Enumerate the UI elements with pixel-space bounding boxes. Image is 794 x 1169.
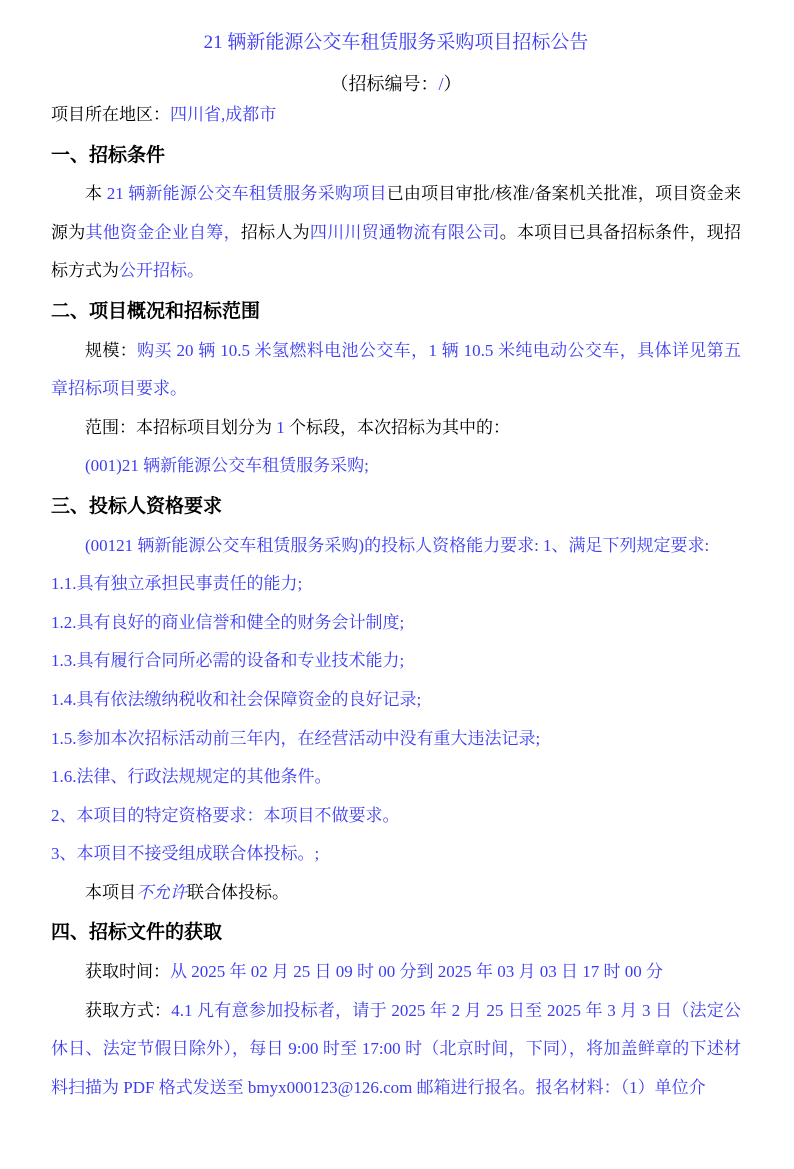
- project-scope-line: 范围：本招标项目划分为 1 个标段，本次招标为其中的：: [51, 409, 741, 448]
- qualification-item-text: 1.6.法律、行政法规规定的其他条件。: [51, 767, 332, 786]
- project-location-line: 项目所在地区：四川省,成都市: [51, 96, 741, 135]
- section-heading-document-acquisition: 四、招标文件的获取: [51, 914, 741, 953]
- qualification-item-text: 1.3.具有履行合同所必需的设备和专业技术能力;: [51, 651, 404, 670]
- tender-number-prefix: （招标编号：: [330, 74, 438, 94]
- qualification-item: 1.6.法律、行政法规规定的其他条件。: [51, 758, 741, 797]
- scale-label: 规模：: [85, 341, 137, 360]
- project-location-label: 项目所在地区：: [51, 105, 170, 124]
- lot-value: (001)21 辆新能源公交车租赁服务采购;: [85, 456, 369, 475]
- text-segment: 个标段，本次招标为其中的：: [285, 418, 510, 437]
- qualification-item-text: 1.2.具有良好的商业信誉和健全的财务会计制度;: [51, 613, 404, 632]
- section-heading-tender-conditions: 一、招标条件: [51, 137, 741, 176]
- qualification-item: 1.1.具有独立承担民事责任的能力;: [51, 565, 741, 604]
- acquisition-method-line: 获取方式：4.1 凡有意参加投标者，请于 2025 年 2 月 25 日至 20…: [51, 992, 741, 1108]
- lot-line: (001)21 辆新能源公交车租赁服务采购;: [51, 447, 741, 486]
- tender-conditions-paragraph: 本 21 辆新能源公交车租赁服务采购项目已由项目审批/核准/备案机关批准，项目资…: [51, 175, 741, 291]
- qualification-item-text: 1.4.具有依法缴纳税收和社会保障资金的良好记录;: [51, 690, 421, 709]
- acquisition-time-line: 获取时间：从 2025 年 02 月 25 日 09 时 00 分到 2025 …: [51, 953, 741, 992]
- tender-method-value: 公开招标。: [119, 261, 204, 280]
- tender-number-suffix: ）: [444, 74, 462, 94]
- tender-number-line: （招标编号：/）: [51, 72, 741, 96]
- qualification-item-text: 2、本项目的特定资格要求：本项目不做要求。: [51, 806, 400, 825]
- joint-venture-line: 本项目不允许联合体投标。: [51, 874, 741, 913]
- doc-title: 21 辆新能源公交车租赁服务采购项目招标公告: [51, 30, 741, 56]
- joint-venture-not-allowed-value: 不允许: [136, 883, 187, 902]
- text-segment: 本: [85, 184, 107, 203]
- qualification-item: 2、本项目的特定资格要求：本项目不做要求。: [51, 797, 741, 836]
- lot-count-value: 1: [276, 418, 285, 437]
- document-page: 21 辆新能源公交车租赁服务采购项目招标公告 （招标编号：/） 项目所在地区：四…: [0, 0, 794, 1169]
- text-segment: 本项目: [85, 883, 136, 902]
- text-segment: 联合体投标。: [187, 883, 289, 902]
- tenderer-name-value: 四川川贸通物流有限公司: [310, 223, 500, 242]
- text-segment: 招标人为: [241, 223, 310, 242]
- qualification-intro-line: (00121 辆新能源公交车租赁服务采购)的投标人资格能力要求: 1、满足下列规…: [51, 527, 741, 566]
- qualification-item: 1.5.参加本次招标活动前三年内，在经营活动中没有重大违法记录;: [51, 720, 741, 759]
- acquisition-time-label: 获取时间：: [85, 962, 170, 981]
- qualification-item: 1.4.具有依法缴纳税收和社会保障资金的良好记录;: [51, 681, 741, 720]
- qualification-item-text: 1.5.参加本次招标活动前三年内，在经营活动中没有重大违法记录;: [51, 729, 540, 748]
- qualification-item: 1.2.具有良好的商业信誉和健全的财务会计制度;: [51, 604, 741, 643]
- text-segment: 范围：本招标项目划分为: [85, 418, 276, 437]
- qualification-item: 1.3.具有履行合同所必需的设备和专业技术能力;: [51, 642, 741, 681]
- acquisition-method-label: 获取方式：: [85, 1001, 171, 1020]
- qualification-item-text: 1.1.具有独立承担民事责任的能力;: [51, 574, 302, 593]
- funding-source-value: 其他资金企业自筹，: [86, 223, 241, 242]
- project-name-value: 21 辆新能源公交车租赁服务采购项目: [107, 184, 387, 203]
- project-scale-line: 规模：购买 20 辆 10.5 米氢燃料电池公交车，1 辆 10.5 米纯电动公…: [51, 332, 741, 409]
- qualification-item-text: 3、本项目不接受组成联合体投标。;: [51, 844, 319, 863]
- qualification-item: 3、本项目不接受组成联合体投标。;: [51, 835, 741, 874]
- section-heading-bidder-qualification: 三、投标人资格要求: [51, 488, 741, 527]
- scale-value: 购买 20 辆 10.5 米氢燃料电池公交车，1 辆 10.5 米纯电动公交车，…: [51, 341, 741, 399]
- section-heading-project-overview: 二、项目概况和招标范围: [51, 293, 741, 332]
- project-location-value: 四川省,成都市: [170, 105, 276, 124]
- acquisition-time-value: 从 2025 年 02 月 25 日 09 时 00 分到 2025 年 03 …: [170, 962, 663, 981]
- qualification-intro-value: (00121 辆新能源公交车租赁服务采购)的投标人资格能力要求: 1、满足下列规…: [85, 536, 709, 555]
